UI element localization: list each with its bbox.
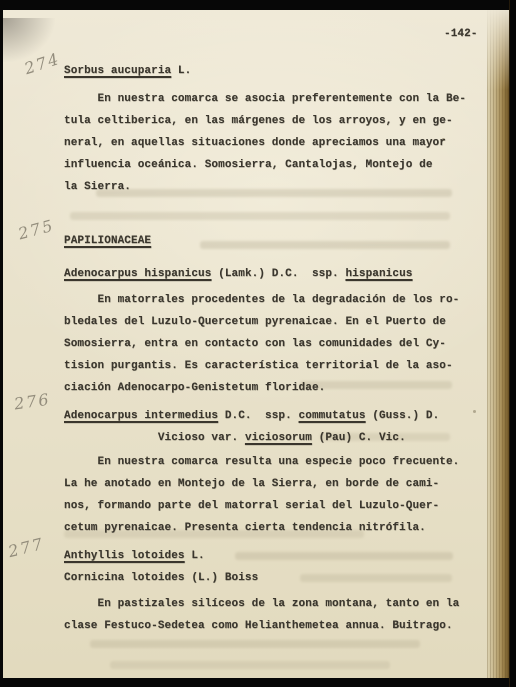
bleedthrough-line [70, 212, 450, 220]
author-abbrev: (Guss.) D. [366, 410, 440, 422]
text-line: En matorrales procedentes de la degradac… [64, 289, 468, 311]
text-line: nos, formando parte del matorral serial … [64, 495, 468, 517]
entry-paragraph: En matorrales procedentes de la degradac… [64, 289, 468, 399]
variety-label: Vicioso var. [64, 432, 245, 444]
entry-paragraph: En nuestra comarca se asocia preferentem… [64, 88, 468, 198]
book-fore-edge [487, 10, 509, 678]
bleedthrough-line [110, 661, 390, 669]
text-line: la Sierra. [64, 176, 468, 198]
text-line: ciación Adenocarpo-Genistetum floridae. [64, 377, 468, 399]
author-abbrev: (Pau) C. Vic. [312, 432, 406, 444]
author-abbrev: D.C. ssp. [218, 410, 298, 422]
subspecies-name: hispanicus [345, 268, 412, 280]
entry-paragraph: En pastizales silíceos de la zona montan… [64, 593, 468, 637]
text-line: tula celtiberica, en las márgenes de los… [64, 110, 468, 132]
text-line: neral, en aquellas situaciones donde apr… [64, 132, 468, 154]
text-line: clase Festuco-Sedetea como Helianthemete… [64, 615, 468, 637]
family-heading: PAPILIONACEAE [64, 230, 468, 252]
entry-paragraph: En nuestra comarca resulta una especie p… [64, 451, 468, 539]
family-name: PAPILIONACEAE [64, 235, 151, 247]
variety-name: viciosorum [245, 432, 312, 444]
text-line: influencia oceánica. Somosierra, Cantalo… [64, 154, 468, 176]
page-number: -142- [444, 28, 478, 40]
species-heading: Anthyllis lotoides L. [64, 545, 468, 567]
text-line: bledales del Luzulo-Quercetum pyrenaicae… [64, 311, 468, 333]
subspecies-name: commutatus [299, 410, 366, 422]
synonym-line: Cornicina lotoides (L.) Boiss [64, 567, 468, 589]
bleedthrough-line [90, 640, 420, 648]
species-heading: Adenocarpus hispanicus (Lamk.) D.C. ssp.… [64, 263, 468, 285]
entry-anthyllis-lotoides: Anthyllis lotoides L. Cornicina lotoides… [64, 545, 468, 637]
author-abbrev: L. [185, 550, 205, 562]
text-line: En nuestra comarca resulta una especie p… [64, 451, 468, 473]
text-line: cetum pyrenaicae. Presenta cierta tenden… [64, 517, 468, 539]
entry-adenocarpus-intermedius: Adenocarpus intermedius D.C. ssp. commut… [64, 405, 468, 539]
species-name: Adenocarpus hispanicus [64, 268, 211, 280]
entry-adenocarpus-hispanicus: PAPILIONACEAE Adenocarpus hispanicus (La… [64, 230, 468, 399]
paper-speck [473, 410, 476, 413]
entry-sorbus-aucuparia: Sorbus aucuparia L. En nuestra comarca s… [64, 60, 468, 198]
species-name: Anthyllis lotoides [64, 550, 185, 562]
species-name: Sorbus aucuparia [64, 65, 171, 77]
text-line: En pastizales silíceos de la zona montan… [64, 593, 468, 615]
scanned-book-page: -142- 274 275 276 277 Sorbus aucuparia L… [0, 0, 516, 687]
text-line: En nuestra comarca se asocia preferentem… [64, 88, 468, 110]
author-abbrev: (Lamk.) D.C. ssp. [211, 268, 345, 280]
species-heading: Adenocarpus intermedius D.C. ssp. commut… [64, 405, 468, 427]
species-heading: Sorbus aucuparia L. [64, 60, 468, 82]
author-abbrev: L. [171, 65, 191, 77]
scan-border-right [509, 0, 516, 687]
species-name: Adenocarpus intermedius [64, 410, 218, 422]
text-line: Somosierra, entra en contacto con las co… [64, 333, 468, 355]
text-line: tision purgantis. Es característica terr… [64, 355, 468, 377]
text-line: La he anotado en Montejo de la Sierra, e… [64, 473, 468, 495]
species-heading-line2: Vicioso var. viciosorum (Pau) C. Vic. [64, 427, 468, 449]
